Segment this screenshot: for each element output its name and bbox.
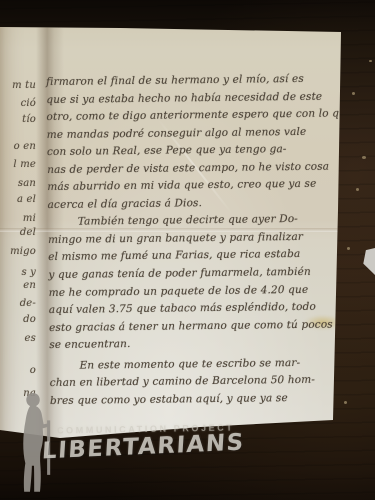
left-page-fragment: es: [0, 333, 36, 345]
left-page-fragment: mi: [0, 213, 36, 225]
left-page-fragment: ció: [0, 98, 36, 110]
left-page-fragment: s y: [0, 267, 36, 279]
left-page-fragment: o en: [0, 141, 36, 153]
wood-speck: [369, 60, 372, 62]
left-page-fragment: l me: [0, 159, 36, 171]
wood-speck: [362, 156, 366, 159]
left-page-fragment: en: [0, 280, 36, 292]
paper-scrap-right: [362, 248, 375, 275]
left-page-fragment: a el: [0, 194, 36, 206]
handwritten-text-block: firmaron el final de su hermano y el mío…: [46, 70, 346, 410]
wood-speck: [344, 401, 347, 404]
left-page-fragment: tío: [0, 114, 36, 126]
wood-speck: [352, 92, 355, 95]
left-page-fragment: o: [0, 365, 36, 377]
left-page-fragment: san: [0, 178, 36, 190]
handwriting-line: se encuentran.: [49, 334, 345, 355]
left-page-fragment: de-: [0, 298, 36, 310]
left-page-fragment: del: [0, 227, 36, 239]
left-page-fragment: do: [0, 314, 36, 326]
watermark: COMMUNICATION PROJECT LIBERTARIANS: [0, 386, 250, 500]
left-page-fragment: migo: [0, 246, 36, 258]
letter-photo-scene: m tuciótíoo enl mesana elmidelmigos yend…: [0, 0, 375, 500]
handwriting-line: más aburrido en mi vida que esto, creo q…: [47, 176, 343, 197]
left-page-fragment: m tu: [0, 80, 36, 92]
wood-speck: [356, 188, 359, 191]
wood-speck: [347, 247, 350, 250]
